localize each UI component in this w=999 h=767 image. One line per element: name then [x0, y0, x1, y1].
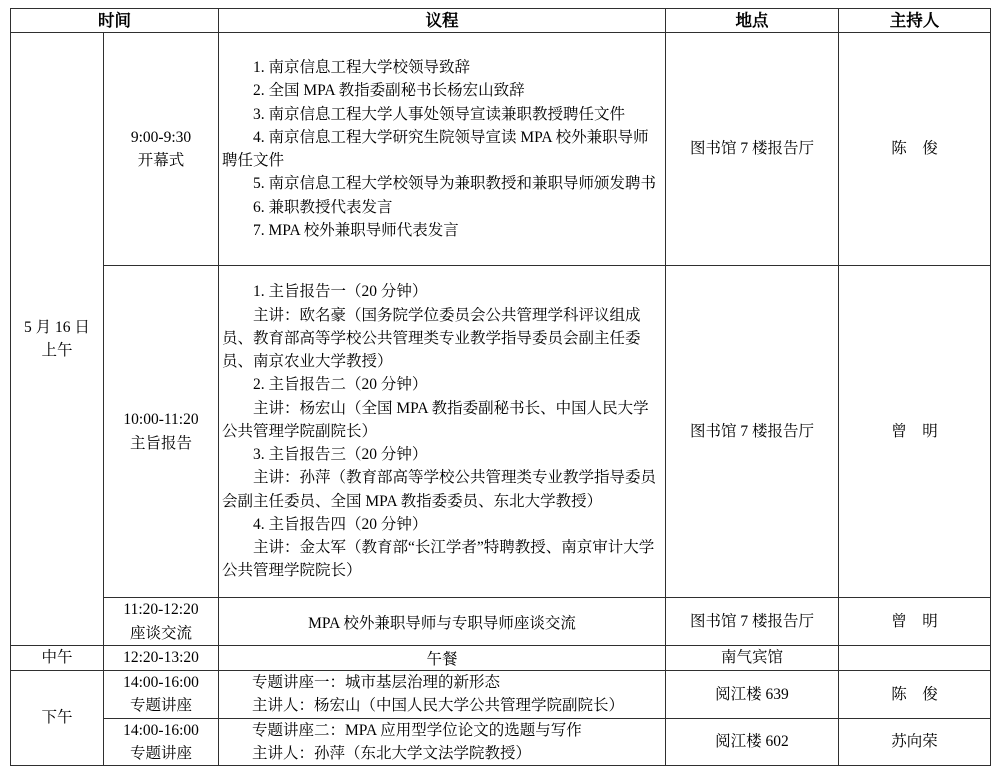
location-cell-lecture1: 阅江楼 639 — [666, 671, 839, 719]
agenda-line: 3. 南京信息工程大学人事处领导宣读兼职教授聘任文件 — [222, 103, 662, 126]
row-lunch: 中午 12:20-13:20 午餐 南气宾馆 — [11, 646, 991, 671]
location-cell-lunch: 南气宾馆 — [666, 646, 839, 671]
agenda-line: 2. 主旨报告二（20 分钟） — [222, 373, 662, 396]
agenda-cell-keynotes: 1. 主旨报告一（20 分钟） 主讲：欧名豪（国务院学位委员会公共管理学科评议组… — [219, 266, 666, 598]
host-cell-symposium: 曾 明 — [839, 598, 991, 646]
agenda-line: 4. 南京信息工程大学研究生院领导宣读 MPA 校外兼职导师聘任文件 — [222, 126, 662, 173]
time-cell-opening: 9:00-9:30 开幕式 — [104, 33, 219, 266]
day-cell-afternoon: 下午 — [11, 671, 104, 766]
row-lecture2: 14:00-16:00 专题讲座 专题讲座二：MPA 应用型学位论文的选题与写作… — [11, 718, 991, 766]
host-cell-lunch — [839, 646, 991, 671]
host-cell-keynotes: 曾 明 — [839, 266, 991, 598]
agenda-line: 主讲：杨宏山（全国 MPA 教指委副秘书长、中国人民大学公共管理学院副院长） — [222, 397, 662, 444]
agenda-line: 主讲：欧名豪（国务院学位委员会公共管理学科评议组成员、教育部高等学校公共管理类专… — [222, 304, 662, 374]
row-keynotes: 10:00-11:20 主旨报告 1. 主旨报告一（20 分钟） 主讲：欧名豪（… — [11, 266, 991, 598]
row-symposium: 11:20-12:20 座谈交流 MPA 校外兼职导师与专职导师座谈交流 图书馆… — [11, 598, 991, 646]
agenda-line: 主讲：金太军（教育部“长江学者”特聘教授、南京审计大学公共管理学院院长） — [222, 536, 662, 583]
time-cell-lecture2: 14:00-16:00 专题讲座 — [104, 718, 219, 766]
header-location: 地点 — [666, 9, 839, 33]
agenda-cell-lecture1: 专题讲座一：城市基层治理的新形态 主讲人：杨宏山（中国人民大学公共管理学院副院长… — [219, 671, 666, 719]
agenda-line: 2. 全国 MPA 教指委副秘书长杨宏山致辞 — [222, 79, 662, 102]
agenda-line: 主讲：孙萍（教育部高等学校公共管理类专业教学指导委员会副主任委员、全国 MPA … — [222, 466, 662, 513]
header-host: 主持人 — [839, 9, 991, 33]
agenda-line: 4. 主旨报告四（20 分钟） — [222, 513, 662, 536]
day-cell-morning: 5 月 16 日 上午 — [11, 33, 104, 646]
agenda-cell-opening: 1. 南京信息工程大学校领导致辞 2. 全国 MPA 教指委副秘书长杨宏山致辞 … — [219, 33, 666, 266]
agenda-line: 1. 主旨报告一（20 分钟） — [222, 280, 662, 303]
host-cell-lecture1: 陈 俊 — [839, 671, 991, 719]
time-cell-symposium: 11:20-12:20 座谈交流 — [104, 598, 219, 646]
location-cell-opening: 图书馆 7 楼报告厅 — [666, 33, 839, 266]
agenda-line: 1. 南京信息工程大学校领导致辞 — [222, 56, 662, 79]
host-cell-lecture2: 苏向荣 — [839, 718, 991, 766]
agenda-cell-lunch: 午餐 — [219, 646, 666, 671]
time-cell-lunch: 12:20-13:20 — [104, 646, 219, 671]
agenda-line: 6. 兼职教授代表发言 — [222, 196, 662, 219]
header-time: 时间 — [11, 9, 219, 33]
location-cell-keynotes: 图书馆 7 楼报告厅 — [666, 266, 839, 598]
row-opening: 5 月 16 日 上午 9:00-9:30 开幕式 1. 南京信息工程大学校领导… — [11, 33, 991, 266]
agenda-line: 3. 主旨报告三（20 分钟） — [222, 443, 662, 466]
agenda-cell-symposium: MPA 校外兼职导师与专职导师座谈交流 — [219, 598, 666, 646]
agenda-line: 5. 南京信息工程大学校领导为兼职教授和兼职导师颁发聘书 — [222, 172, 662, 195]
row-lecture1: 下午 14:00-16:00 专题讲座 专题讲座一：城市基层治理的新形态 主讲人… — [11, 671, 991, 719]
agenda-line: 7. MPA 校外兼职导师代表发言 — [222, 219, 662, 242]
page: 时间 议程 地点 主持人 5 月 16 日 上午 9:00-9:30 开幕式 1… — [0, 0, 999, 766]
location-cell-symposium: 图书馆 7 楼报告厅 — [666, 598, 839, 646]
schedule-table: 时间 议程 地点 主持人 5 月 16 日 上午 9:00-9:30 开幕式 1… — [10, 8, 991, 766]
agenda-cell-lecture2: 专题讲座二：MPA 应用型学位论文的选题与写作 主讲人：孙萍（东北大学文法学院教… — [219, 718, 666, 766]
day-cell-noon: 中午 — [11, 646, 104, 671]
time-cell-lecture1: 14:00-16:00 专题讲座 — [104, 671, 219, 719]
header-agenda: 议程 — [219, 9, 666, 33]
header-row: 时间 议程 地点 主持人 — [11, 9, 991, 33]
host-cell-opening: 陈 俊 — [839, 33, 991, 266]
time-cell-keynotes: 10:00-11:20 主旨报告 — [104, 266, 219, 598]
location-cell-lecture2: 阅江楼 602 — [666, 718, 839, 766]
